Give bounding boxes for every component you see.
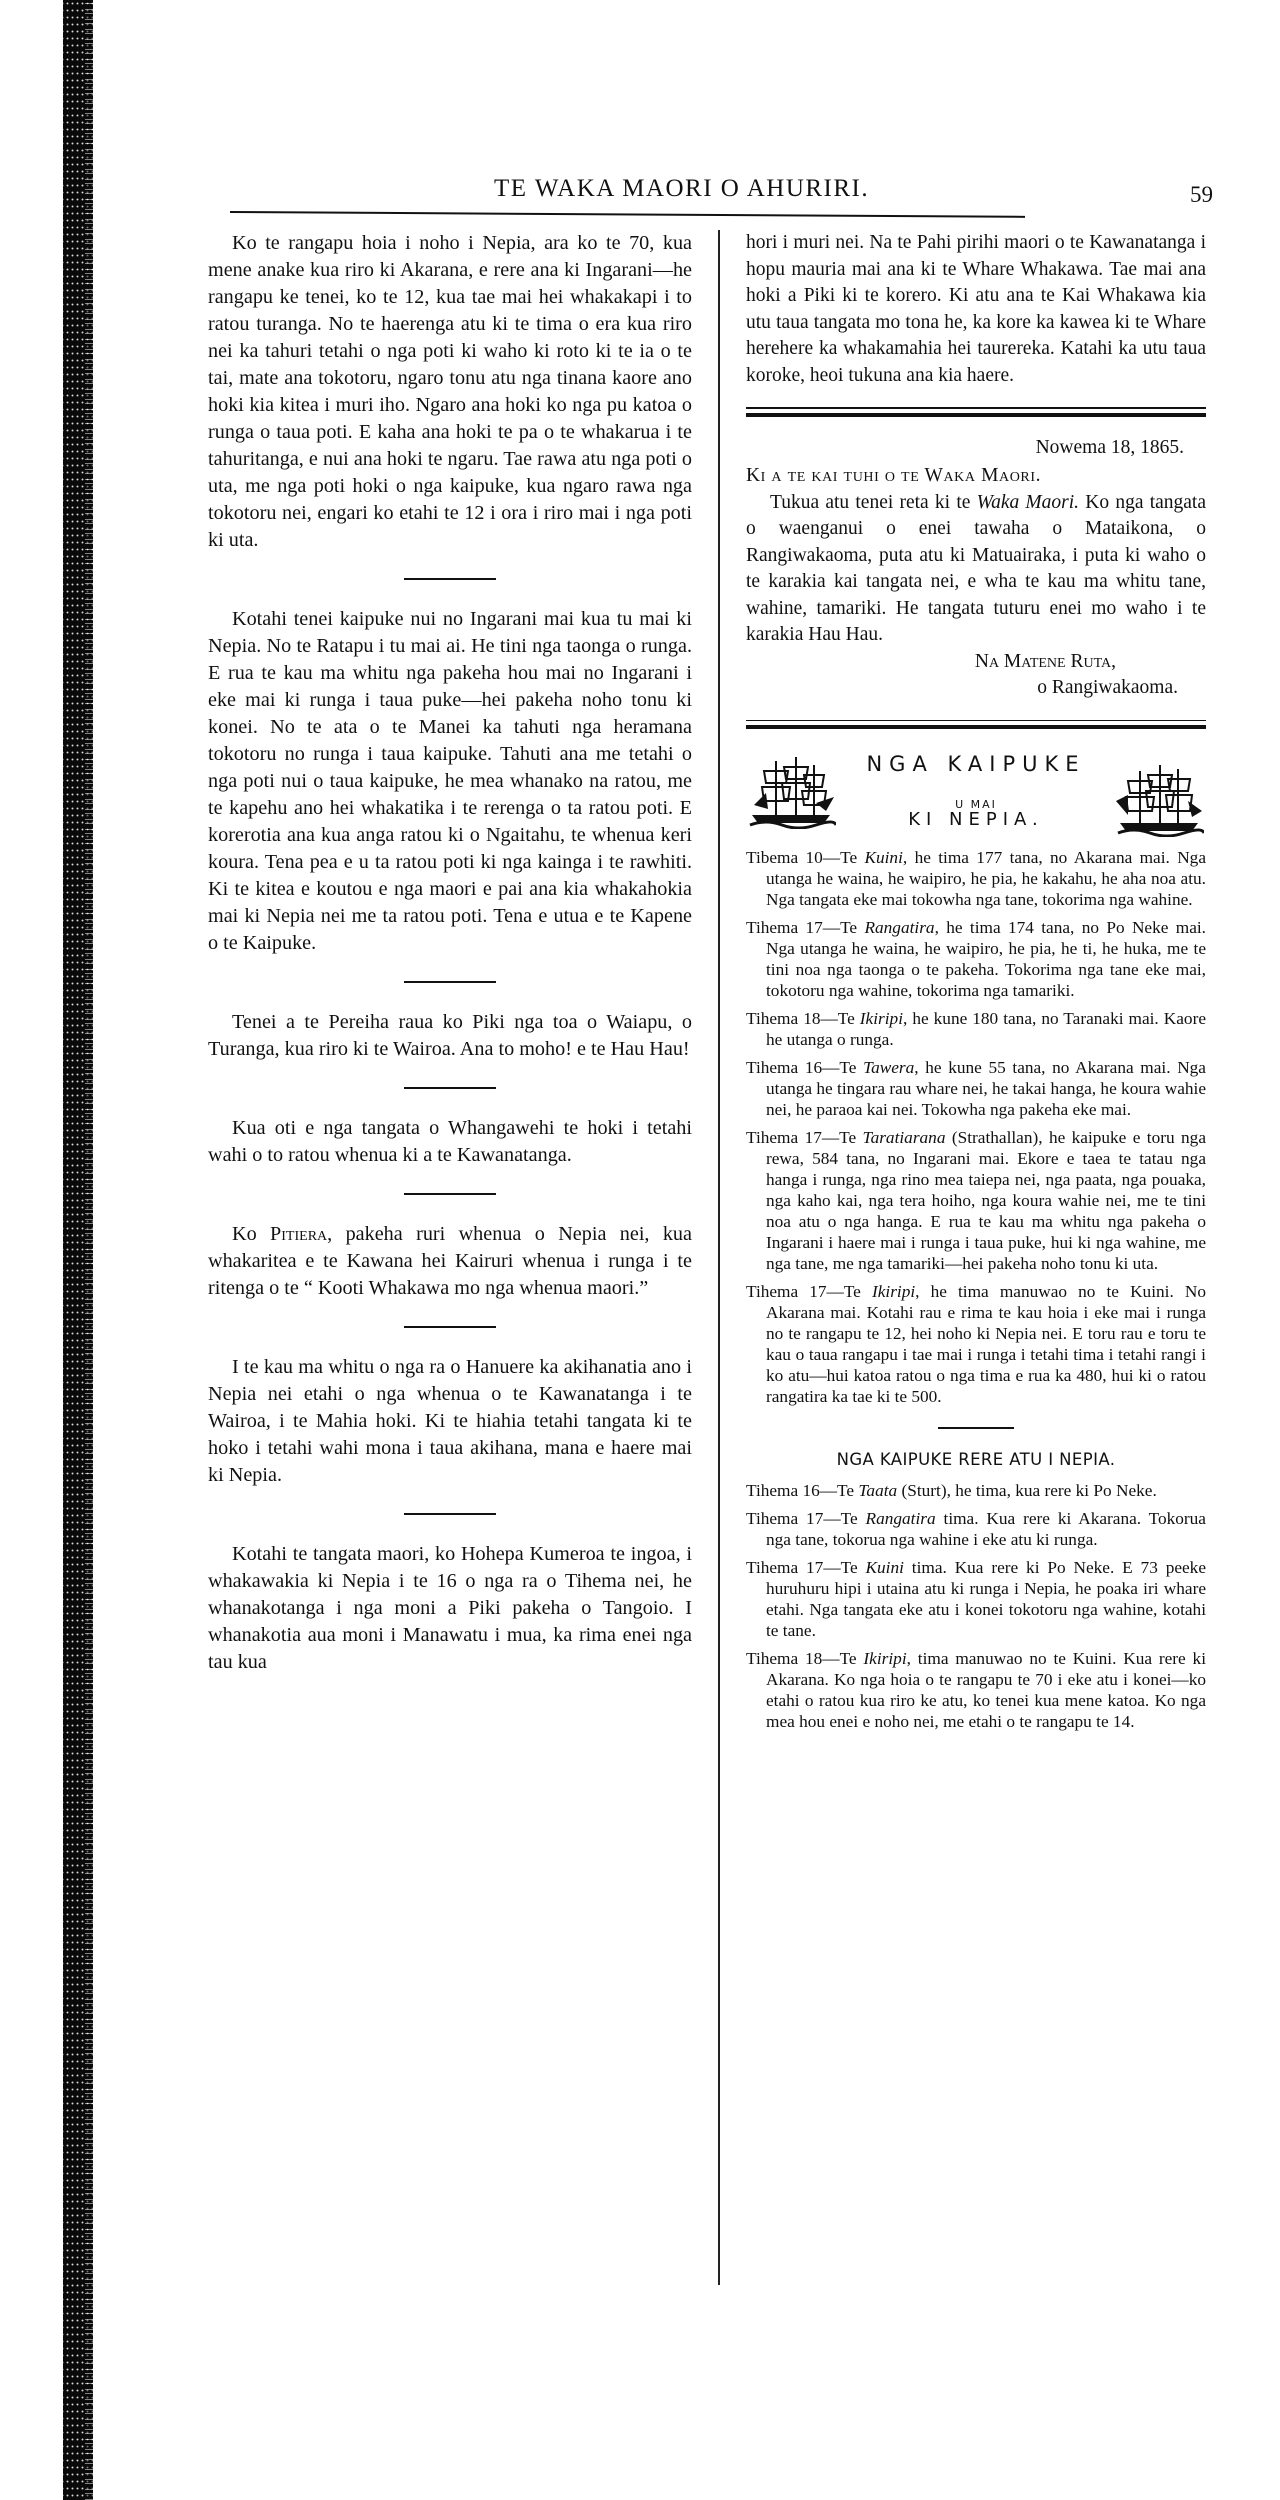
double-rule — [746, 407, 1206, 417]
arrival-entry: Tihema 16—Te Tawera, he kune 55 tana, no… — [746, 1057, 1206, 1120]
section-divider — [404, 578, 496, 580]
article-ship-deserters: Kotahi tenei kaipuke nui no Ingarani mai… — [208, 606, 692, 957]
letter-body-rest: Ko nga tangata o waenganui o enei tawaha… — [746, 492, 1206, 646]
arrival-entry: Tibema 10—Te Kuini, he tima 177 tana, no… — [746, 847, 1206, 910]
article-land-auction: I te kau ma whitu o nga ra o Hanuere ka … — [208, 1354, 692, 1489]
arrival-entry: Tihema 18—Te Ikiripi, he kune 180 tana, … — [746, 1008, 1206, 1050]
ship-name: Tawera — [863, 1058, 914, 1077]
running-title: TE WAKA MAORI O AHURIRI. — [494, 175, 869, 203]
ship-name: Rangatira — [864, 918, 934, 937]
arrivals-list: Tibema 10—Te Kuini, he tima 177 tana, no… — [746, 847, 1206, 1407]
section-divider — [938, 1427, 1014, 1429]
section-divider — [404, 981, 496, 983]
letter-signature: Na Matene Ruta, — [746, 649, 1206, 676]
pitiera-name: Pitiera — [270, 1223, 327, 1245]
article-pitiera: Ko Pitiera, pakeha ruri whenua o Nepia n… — [208, 1221, 692, 1302]
section-divider — [404, 1326, 496, 1328]
letter-body-prefix: Tukua atu tenei reta ki te — [770, 492, 977, 513]
letter-salutation: Ki a te kai tuhi o te Waka Maori. — [746, 463, 1206, 490]
ship-name: Kuini — [866, 1558, 904, 1577]
section-divider — [404, 1087, 496, 1089]
article-pereiha-piki: Tenei a te Pereiha raua ko Piki nga toa … — [208, 1009, 692, 1063]
article-hohepa-kumeroa: Kotahi te tangata maori, ko Hohepa Kumer… — [208, 1541, 692, 1676]
ship-name: Taata — [858, 1481, 897, 1500]
column-divider — [718, 230, 720, 2285]
header-rule — [230, 211, 1025, 218]
arrival-entry: Tihema 17—Te Taratiarana (Strathallan), … — [746, 1127, 1206, 1274]
article-continuation: hori i muri nei. Na te Pahi pirihi maori… — [746, 230, 1206, 389]
departure-entry: Tihema 16—Te Taata (Sturt), he tima, kua… — [746, 1480, 1206, 1501]
page-header: TE WAKA MAORI O AHURIRI. 59 — [230, 150, 1280, 210]
double-rule — [746, 720, 1206, 730]
departures-title: NGA KAIPUKE RERE ATU I NEPIA. — [746, 1447, 1206, 1474]
article-whangawehi: Kua oti e nga tangata o Whangawehi te ho… — [208, 1115, 692, 1169]
letter-body: Tukua atu tenei reta ki te Waka Maori. K… — [746, 490, 1206, 649]
ship-name: Kuini — [864, 848, 902, 867]
pitiera-prefix: Ko — [232, 1223, 270, 1245]
letter-signature-place: o Rangiwakaoma. — [746, 675, 1206, 702]
ship-name: Ikiripi — [860, 1009, 903, 1028]
section-divider — [404, 1193, 496, 1195]
departure-entry: Tihema 18—Te Ikiripi, tima manuwao no te… — [746, 1648, 1206, 1732]
section-divider — [404, 1513, 496, 1515]
left-column: Ko te rangapu hoia i noho i Nepia, ara k… — [208, 230, 692, 1676]
ship-icon — [1114, 761, 1204, 837]
article-soldiers: Ko te rangapu hoia i noho i Nepia, ara k… — [208, 230, 692, 554]
book-binding-edge — [63, 0, 93, 2500]
letter-body-italic: Waka Maori. — [977, 492, 1079, 513]
right-column: hori i muri nei. Na te Pahi pirihi maori… — [746, 230, 1206, 1739]
ship-name: Rangatira — [866, 1509, 936, 1528]
shipping-arrivals-header: NGA KAIPUKE U MAI KI NEPIA. — [746, 747, 1206, 847]
ship-name: Ikiripi — [863, 1649, 906, 1668]
arrival-entry: Tihema 17—Te Ikiripi, he tima manuwao no… — [746, 1281, 1206, 1407]
departures-list: Tihema 16—Te Taata (Sturt), he tima, kua… — [746, 1480, 1206, 1732]
arrival-entry: Tihema 17—Te Rangatira, he tima 174 tana… — [746, 917, 1206, 1001]
departure-entry: Tihema 17—Te Kuini tima. Kua rere ki Po … — [746, 1557, 1206, 1641]
letter-to-editor: Nowema 18, 1865. Ki a te kai tuhi o te W… — [746, 435, 1206, 702]
letter-dateline: Nowema 18, 1865. — [746, 435, 1206, 462]
ship-name: Taratiarana — [863, 1128, 946, 1147]
page-number: 59 — [1190, 182, 1213, 208]
ship-name: Ikiripi — [872, 1282, 915, 1301]
departure-entry: Tihema 17—Te Rangatira tima. Kua rere ki… — [746, 1508, 1206, 1550]
